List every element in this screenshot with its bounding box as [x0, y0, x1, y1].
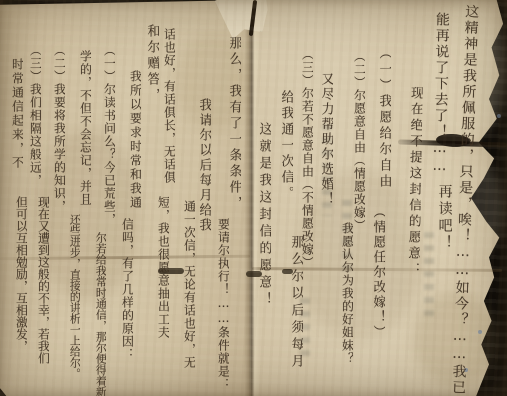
handwriting-column: 我所以要求时常和我通 — [128, 70, 141, 210]
handwriting-column: 话也好，有话俱长，无话俱 — [162, 28, 175, 184]
handwriting-column: 要请尔执行！……条件就是： — [216, 218, 229, 391]
handwriting-column: 通一次信，无论有话也好，无 — [182, 200, 195, 369]
handwriting-column: 尔若给我常时通信，那尔便得着新 — [94, 232, 106, 396]
handwriting-column: 但可以互相勉励，互相激发， — [14, 196, 27, 352]
handwriting-column: （二）我要将我所学的知识， — [52, 44, 65, 213]
handwriting-column: 时常通信起来，不 — [10, 58, 23, 170]
handwriting-column: （一）尔读书问么？今已荒些， — [102, 44, 115, 226]
handwriting-column: 和尔赠答， — [144, 24, 159, 104]
handwriting-column: 我请尔以后每月给我 — [196, 98, 211, 233]
handwriting-column: （三）我们相隔这般远， — [28, 44, 41, 187]
left-page-handwriting: 那么，我有了一条条件，要请尔执行！……条件就是：我请尔以后每月给我通一次信，无论… — [0, 0, 507, 396]
handwriting-column: 那么，我有了一条条件， — [226, 36, 241, 212]
handwriting-column: 还些进步，直接的讲析一上给尔。 — [68, 214, 80, 379]
handwriting-column: 短，我也很愿意抽出工夫 — [156, 196, 169, 339]
handwriting-column: 现在又遭到这般的不幸，若我们 — [36, 196, 49, 364]
handwriting-column: 信吗，有了几样的原因： — [120, 218, 133, 361]
photo-stage: 这精神是我所佩服的，只是，唉！……如今？……我已不能再说了下去了！……再读吧！现… — [0, 0, 507, 396]
handwriting-column: 学的，不但不会忘记，并且 — [78, 50, 91, 206]
